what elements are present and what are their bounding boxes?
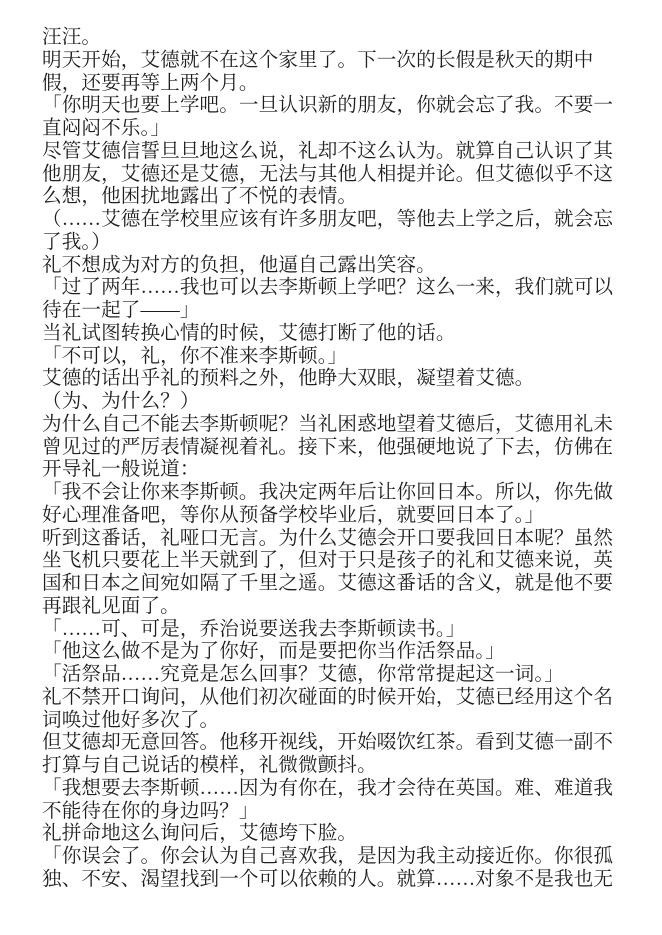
text-line: 假，还要再等上两个月。 [42,73,627,96]
text-line: 汪汪。 [42,27,627,50]
text-line: 「不可以，礼，你不准来李斯顿。」 [42,346,627,369]
text-line: 礼不想成为对方的负担，他逼自己露出笑容。 [42,255,627,278]
text-line: 礼不禁开口询问，从他们初次碰面的时候开始，艾德已经用这个名 [42,687,627,710]
text-line: 礼拼命地这么询问后，艾德垮下脸。 [42,823,627,846]
text-line: （为、为什么？） [42,391,627,414]
text-line: 尽管艾德信誓旦旦地这么说，礼却不这么认为。就算自己认识了其 [42,141,627,164]
text-line: 词唤过他好多次了。 [42,710,627,733]
text-line: 待在一起了——」 [42,300,627,323]
text-line: 「他这么做不是为了你好，而是要把你当作活祭品。」 [42,641,627,664]
text-line: 开导礼一般说道： [42,459,627,482]
text-line: 再跟礼见面了。 [42,596,627,619]
text-line: 他朋友，艾德还是艾德，无法与其他人相提并论。但艾德似乎不这 [42,164,627,187]
text-line: 「活祭品……究竟是怎么回事？艾德，你常常提起这一词。」 [42,664,627,687]
text-line: 曾见过的严厉表情凝视着礼。接下来，他强硬地说了下去，仿佛在 [42,437,627,460]
text-line: 「你误会了。你会认为自己喜欢我，是因为我主动接近你。你很孤 [42,846,627,869]
text-line: 了我。） [42,232,627,255]
text-line: 「……可、可是，乔治说要送我去李斯顿读书。」 [42,619,627,642]
text-line: 么想，他困扰地露出了不悦的表情。 [42,186,627,209]
novel-page: 汪汪。明天开始，艾德就不在这个家里了。下一次的长假是秋天的期中假，还要再等上两个… [0,0,662,935]
text-line: 独、不安、渴望找到一个可以依赖的人。就算……对象不是我也无 [42,869,627,892]
text-line: 打算与自己说话的模样，礼微微颤抖。 [42,755,627,778]
text-line: 坐飞机只要花上半天就到了，但对于只是孩子的礼和艾德来说，英 [42,550,627,573]
text-line: 「过了两年……我也可以去李斯顿上学吧？这么一来，我们就可以 [42,277,627,300]
text-line: 国和日本之间宛如隔了千里之遥。艾德这番话的含义，就是他不要 [42,573,627,596]
novel-text-block: 汪汪。明天开始，艾德就不在这个家里了。下一次的长假是秋天的期中假，还要再等上两个… [42,27,627,892]
text-line: 好心理准备吧，等你从预备学校毕业后，就要回日本了。」 [42,505,627,528]
text-line: 当礼试图转换心情的时候，艾德打断了他的话。 [42,323,627,346]
text-line: 明天开始，艾德就不在这个家里了。下一次的长假是秋天的期中 [42,50,627,73]
text-line: 「你明天也要上学吧。一旦认识新的朋友，你就会忘了我。不要一 [42,95,627,118]
text-line: 「我不会让你来李斯顿。我决定两年后让你回日本。所以，你先做 [42,482,627,505]
text-line: 「我想要去李斯顿……因为有你在，我才会待在英国。难、难道我 [42,778,627,801]
text-line: 听到这番话，礼哑口无言。为什么艾德会开口要我回日本呢？虽然 [42,528,627,551]
text-line: 直闷闷不乐。」 [42,118,627,141]
text-line: （……艾德在学校里应该有许多朋友吧，等他去上学之后，就会忘 [42,209,627,232]
text-line: 艾德的话出乎礼的预料之外，他睁大双眼，凝望着艾德。 [42,368,627,391]
text-line: 但艾德却无意回答。他移开视线，开始啜饮红茶。看到艾德一副不 [42,732,627,755]
text-line: 为什么自己不能去李斯顿呢？当礼困惑地望着艾德后，艾德用礼未 [42,414,627,437]
text-line: 不能待在你的身边吗？」 [42,801,627,824]
